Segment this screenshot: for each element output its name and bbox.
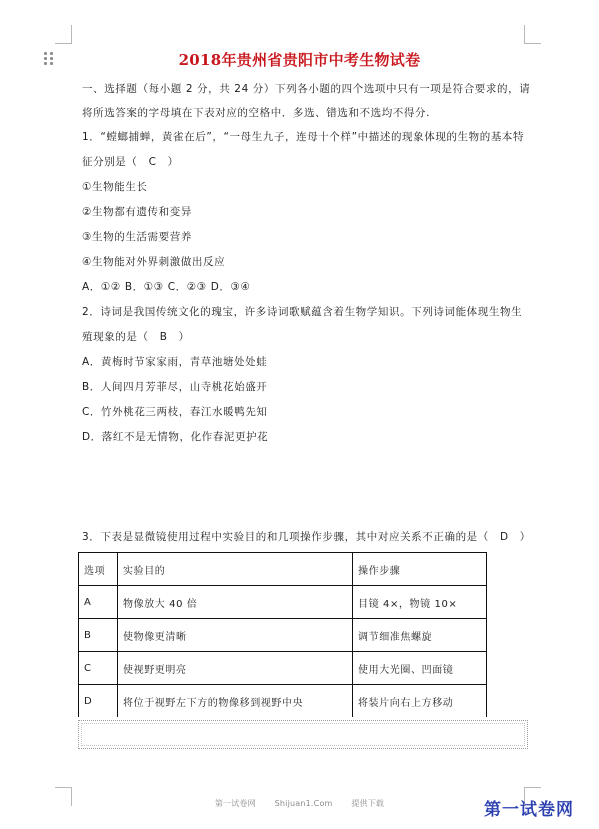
watermark-logo: 第一试卷网: [484, 795, 574, 820]
table-cell-option: D: [79, 685, 118, 718]
question-2-stem-line-2: 殖现象的是（ B ）: [82, 330, 190, 344]
question-2-choice-a: A．黄梅时节家家雨，青草池塘处处蛙: [82, 355, 267, 369]
question-1-statement-1: ①生物能生长: [82, 180, 148, 194]
question-2-choice-b: B．人间四月芳菲尽，山寺桃花始盛开: [82, 380, 267, 394]
question-1-statement-3: ③生物的生活需要营养: [82, 230, 192, 244]
crop-mark-top-right: [524, 25, 541, 44]
crop-mark-top-left: [55, 25, 72, 44]
document-title: 2018年贵州省贵阳市中考生物试卷: [0, 49, 599, 70]
section-intro-line-1: 一、选择题（每小题 2 分，共 24 分）下列各小题的四个选项中只有一项是符合要…: [82, 82, 530, 96]
question-1-stem-line-1: 1．“螳螂捕蝉，黄雀在后”，“一母生九子，连母十个样”中描述的现象体现的生物的基…: [82, 130, 524, 144]
table-row: C 使视野更明亮 使用大光圈、凹面镜: [79, 652, 487, 685]
footer-provided: 提供下载: [351, 799, 384, 808]
question-1-statement-4: ④生物能对外界刺激做出反应: [82, 255, 225, 269]
question-1-choices: A．①② B．①③ C．②③ D．③④: [82, 280, 251, 294]
text-frame-inner-border: [81, 723, 525, 746]
question-1-stem-line-2: 征分别是（ C ）: [82, 155, 179, 169]
question-2-choice-d: D．落红不是无情物，化作春泥更护花: [82, 430, 268, 444]
table-cell-purpose: 使物像更清晰: [118, 619, 353, 652]
section-intro-line-2: 将所选答案的字母填在下表对应的空格中．多选、错选和不选均不得分.: [82, 106, 430, 120]
table-cell-option: C: [79, 652, 118, 685]
table-cell-purpose: 物像放大 40 倍: [118, 586, 353, 619]
table-cell-option: A: [79, 586, 118, 619]
table-row: D 将位于视野左下方的物像移到视野中央 将装片向右上方移动: [79, 685, 487, 718]
question-2-stem-line-1: 2．诗词是我国传统文化的瑰宝，许多诗词歌赋蕴含着生物学知识。下列诗词能体现生物生: [82, 305, 522, 319]
table-cell-steps: 使用大光圈、凹面镜: [353, 652, 487, 685]
table-cell-steps: 目镜 4×，物镜 10×: [353, 586, 487, 619]
table-header-steps: 操作步骤: [353, 553, 487, 586]
question-3-stem: 3．下表是显微镜使用过程中实验目的和几项操作步骤，其中对应关系不正确的是（ D …: [82, 530, 531, 544]
table-cell-steps: 将装片向右上方移动: [353, 685, 487, 718]
footer-site-name: 第一试卷网: [215, 799, 256, 808]
document-page: 2018年贵州省贵阳市中考生物试卷 一、选择题（每小题 2 分，共 24 分）下…: [0, 0, 599, 829]
question-1-statement-2: ②生物都有遗传和变异: [82, 205, 192, 219]
table-header-option: 选项: [79, 553, 118, 586]
question-2-choice-c: C．竹外桃花三两枝，春江水暖鸭先知: [82, 405, 268, 419]
microscope-table: 选项 实验目的 操作步骤 A 物像放大 40 倍 目镜 4×，物镜 10× B …: [78, 552, 487, 717]
table-cell-option: B: [79, 619, 118, 652]
table-row: A 物像放大 40 倍 目镜 4×，物镜 10×: [79, 586, 487, 619]
table-header-row: 选项 实验目的 操作步骤: [79, 553, 487, 586]
text-frame-placeholder[interactable]: [78, 720, 528, 749]
table-cell-steps: 调节细准焦螺旋: [353, 619, 487, 652]
table-header-purpose: 实验目的: [118, 553, 353, 586]
table-cell-purpose: 将位于视野左下方的物像移到视野中央: [118, 685, 353, 718]
table-cell-purpose: 使视野更明亮: [118, 652, 353, 685]
table-row: B 使物像更清晰 调节细准焦螺旋: [79, 619, 487, 652]
footer-site-domain: Shijuan1.Com: [275, 799, 333, 808]
